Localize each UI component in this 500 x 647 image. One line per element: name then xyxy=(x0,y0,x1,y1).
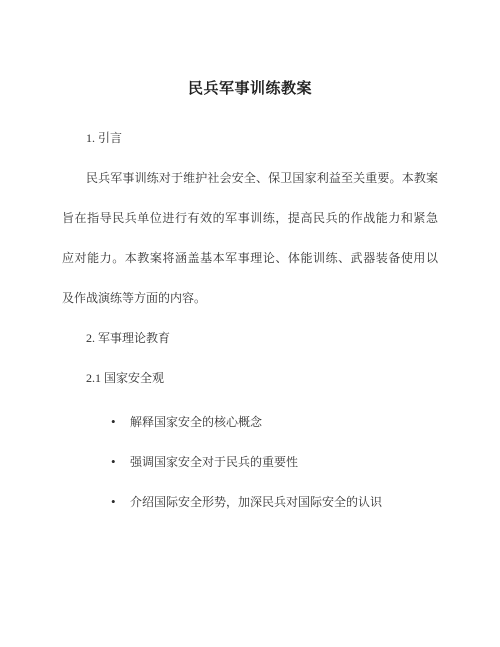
list-item-text: 解释国家安全的核心概念 xyxy=(130,402,262,442)
intro-paragraph: 民兵军事训练对于维护社会安全、保卫国家利益至关重要。本教案 旨在指导民兵单位进行… xyxy=(62,158,438,318)
paragraph-line: 旨在指导民兵单位进行有效的军事训练，提高民兵的作战能力和紧急 xyxy=(62,198,438,238)
document-title: 民兵军事训练教案 xyxy=(62,69,438,109)
list-item: • 强调国家安全对于民兵的重要性 xyxy=(62,442,438,482)
list-item: • 介绍国际安全形势，加深民兵对国际安全的认识 xyxy=(62,482,438,522)
subsection-heading-national-security: 2.1 国家安全观 xyxy=(62,358,438,398)
paragraph-line: 及作战演练等方面的内容。 xyxy=(62,278,438,318)
list-item: • 解释国家安全的核心概念 xyxy=(62,402,438,442)
bullet-icon: • xyxy=(111,402,130,442)
paragraph-line: 民兵军事训练对于维护社会安全、保卫国家利益至关重要。本教案 xyxy=(62,158,438,198)
bullet-icon: • xyxy=(111,442,130,482)
paragraph-line: 应对能力。本教案将涵盖基本军事理论、体能训练、武器装备使用以 xyxy=(62,238,438,278)
section-heading-military-theory: 2. 军事理论教育 xyxy=(62,318,438,358)
document-page: 民兵军事训练教案 1. 引言 民兵军事训练对于维护社会安全、保卫国家利益至关重要… xyxy=(0,0,500,647)
bullet-icon: • xyxy=(111,482,130,522)
section-heading-introduction: 1. 引言 xyxy=(62,118,438,158)
list-item-text: 介绍国际安全形势，加深民兵对国际安全的认识 xyxy=(130,482,382,522)
bullet-list: • 解释国家安全的核心概念 • 强调国家安全对于民兵的重要性 • 介绍国际安全形… xyxy=(62,402,438,522)
list-item-text: 强调国家安全对于民兵的重要性 xyxy=(130,442,298,482)
